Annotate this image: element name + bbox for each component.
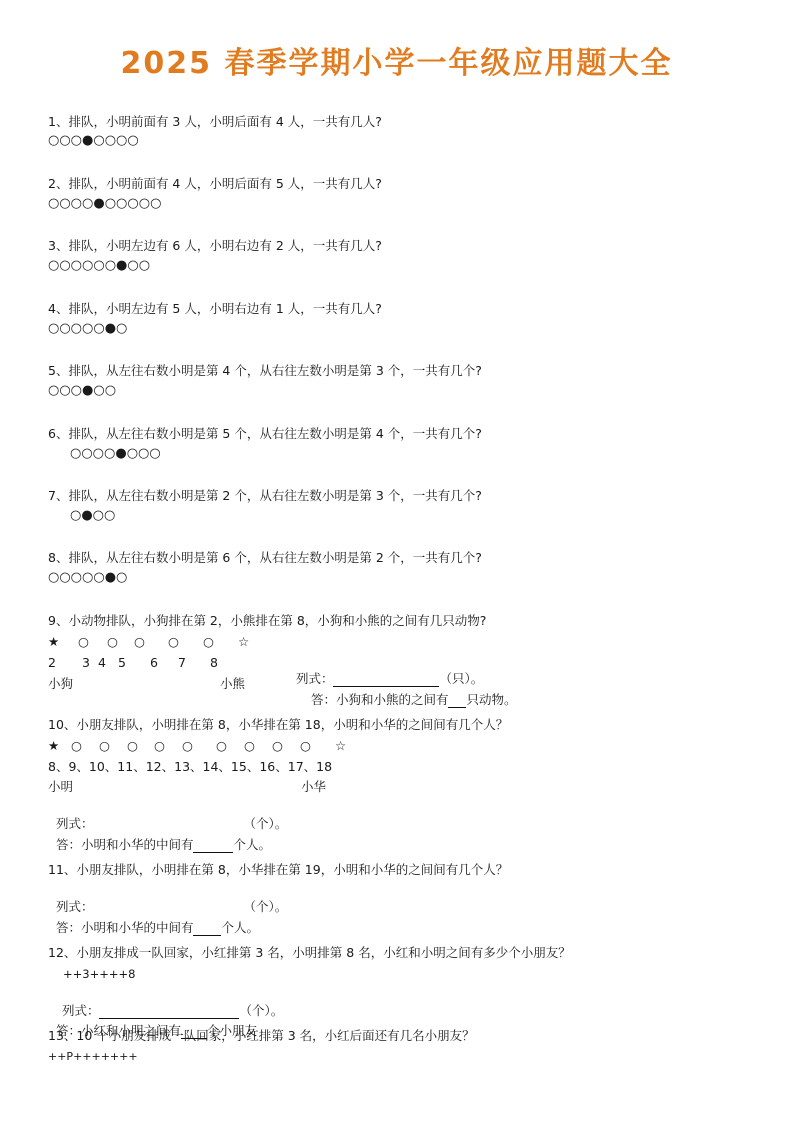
circle-icon: ○ — [216, 738, 227, 754]
answer-suffix: 个人。 — [233, 837, 271, 852]
question-10-text: 10、小朋友排队，小明排在第 8，小华排在第 18，小明和小华的之间间有几个人？ — [48, 717, 508, 733]
question-9-answer: 答：小狗和小熊的之间有只动物。 — [303, 676, 516, 708]
question-5-dots: ○○○●○○ — [48, 383, 116, 399]
question-10-label-xiaohua: 小华 — [301, 779, 326, 795]
question-13-diagram: ++P+++++++ — [48, 1049, 138, 1065]
circle-icon: ○ — [71, 738, 82, 754]
answer-suffix: 个人。 — [221, 920, 259, 935]
question-12-diagram: ++3++++8 — [63, 966, 135, 982]
question-1-dots: ○○○●○○○○ — [48, 133, 139, 149]
circle-icon: ○ — [107, 634, 118, 650]
position-number: 4 — [98, 655, 106, 671]
answer-blank[interactable] — [448, 693, 466, 708]
circle-icon: ○ — [203, 634, 214, 650]
question-5-text: 5、排队，从左往右数小明是第 4 个，从右往左数小明是第 3 个，一共有几个? — [48, 363, 482, 379]
question-10-label-xiaoming: 小明 — [48, 779, 73, 795]
question-10-answer: 答：小明和小华的中间有个人。 — [48, 821, 271, 853]
outline-star-icon: ☆ — [238, 634, 249, 650]
position-number: 6 — [150, 655, 158, 671]
circle-icon: ○ — [244, 738, 255, 754]
question-6-dots: ○○○○●○○○ — [70, 446, 161, 462]
page-title: 2025 春季学期小学一年级应用题大全 — [0, 38, 793, 82]
question-9-text: 9、小动物排队，小狗排在第 2，小熊排在第 8，小狗和小熊的之间有几只动物? — [48, 613, 486, 629]
circle-icon: ○ — [127, 738, 138, 754]
circle-icon: ○ — [272, 738, 283, 754]
answer-suffix: 只动物。 — [466, 692, 516, 707]
question-9-label-dog: 小狗 — [48, 676, 73, 692]
answer-prefix: 答：小明和小华的中间有 — [56, 920, 194, 935]
circle-icon: ○ — [154, 738, 165, 754]
question-7-text: 7、排队，从左往右数小明是第 2 个，从右往左数小明是第 3 个，一共有几个? — [48, 488, 482, 504]
question-2-text: 2、排队，小明前面有 4 人，小明后面有 5 人，一共有几人? — [48, 176, 382, 192]
question-11-text: 11、小朋友排队，小明排在第 8，小华排在第 19，小明和小华的之间间有几个人？ — [48, 862, 508, 878]
position-number: 8 — [210, 655, 218, 671]
question-6-text: 6、排队，从左往右数小明是第 5 个，从右往左数小明是第 4 个，一共有几个? — [48, 426, 482, 442]
question-4-dots: ○○○○○●○ — [48, 321, 127, 337]
circle-icon: ○ — [168, 634, 179, 650]
question-11-answer: 答：小明和小华的中间有个人。 — [48, 904, 259, 936]
question-12-text: 12、小朋友排成一队回家，小红排第 3 名，小明排第 8 名，小红和小明之间有多… — [48, 945, 571, 961]
question-7-dots: ○●○○ — [70, 508, 115, 524]
question-3-text: 3、排队，小明左边有 6 人，小明右边有 2 人，一共有几人? — [48, 238, 382, 254]
circle-icon: ○ — [134, 634, 145, 650]
question-13-text: 13、10 个小朋友排成一队回家，小红排第 3 名，小红后面还有几名小朋友？ — [48, 1028, 475, 1044]
filled-star-icon: ★ — [48, 738, 59, 754]
answer-blank[interactable] — [193, 838, 233, 853]
question-9-label-bear: 小熊 — [220, 676, 245, 692]
question-8-text: 8、排队，从左往右数小明是第 6 个，从右往左数小明是第 2 个，一共有几个? — [48, 550, 482, 566]
filled-star-icon: ★ — [48, 634, 59, 650]
question-10-numbers: 8、9、10、11、12、13、14、15、16、17、18 — [48, 759, 332, 775]
position-number: 2 — [48, 655, 56, 671]
circle-icon: ○ — [300, 738, 311, 754]
answer-blank[interactable] — [193, 921, 221, 936]
circle-icon: ○ — [78, 634, 89, 650]
circle-icon: ○ — [99, 738, 110, 754]
question-8-dots: ○○○○○●○ — [48, 570, 127, 586]
question-3-dots: ○○○○○○●○○ — [48, 258, 150, 274]
position-number: 7 — [178, 655, 186, 671]
position-number: 5 — [118, 655, 126, 671]
position-number: 3 — [82, 655, 90, 671]
circle-icon: ○ — [182, 738, 193, 754]
question-4-text: 4、排队，小明左边有 5 人，小明右边有 1 人，一共有几人? — [48, 301, 382, 317]
question-1-text: 1、排队，小明前面有 3 人，小明后面有 4 人，一共有几人? — [48, 114, 382, 130]
answer-prefix: 答：小狗和小熊的之间有 — [311, 692, 449, 707]
outline-star-icon: ☆ — [335, 738, 346, 754]
answer-prefix: 答：小明和小华的中间有 — [56, 837, 194, 852]
question-2-dots: ○○○○●○○○○○ — [48, 196, 161, 212]
